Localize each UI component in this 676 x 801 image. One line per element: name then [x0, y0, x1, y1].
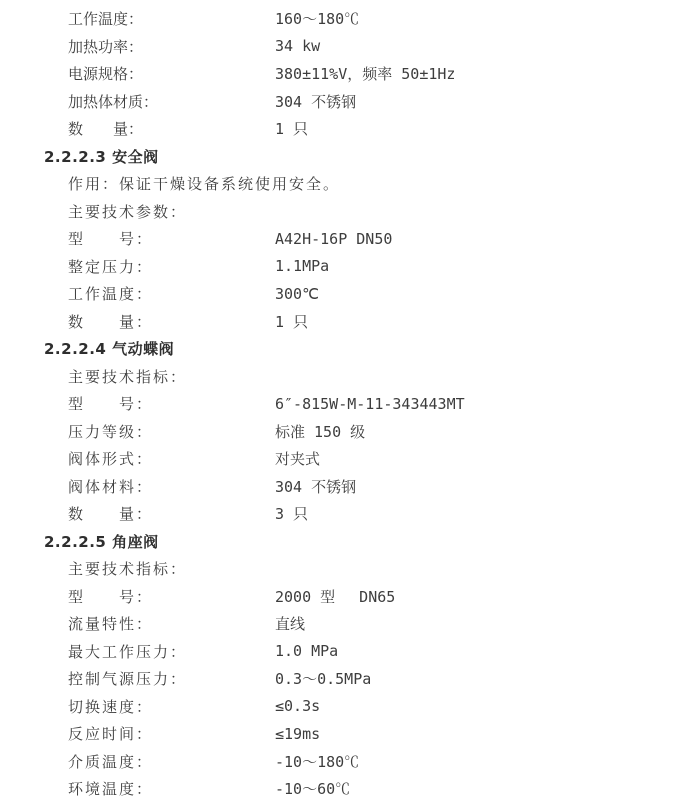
- spec-value: 1 只: [275, 118, 676, 139]
- spec-value: 2000 型 DN65: [275, 586, 676, 607]
- spec-label: 型 号：: [68, 393, 275, 414]
- spec-label: 流量特性：: [68, 613, 275, 634]
- spec-value: -10～60℃: [275, 778, 676, 799]
- spec-label: 环境温度：: [68, 778, 275, 799]
- spec-row: 型 号： A42H-16P DN50: [0, 225, 676, 253]
- spec-row: 切换速度： ≤0.3s: [0, 693, 676, 721]
- spec-label: 介质温度：: [68, 751, 275, 772]
- spec-label: 加热体材质：: [68, 91, 275, 112]
- spec-value: 1.1MPa: [275, 257, 676, 275]
- spec-row: 电源规格： 380±11%V，频率 50±1Hz: [0, 60, 676, 88]
- spec-label: 数 量：: [68, 503, 275, 524]
- spec-row: 阀体材料： 304 不锈钢: [0, 473, 676, 501]
- spec-value: 标准 150 级: [275, 421, 676, 442]
- spec-row: 压力等级： 标准 150 级: [0, 418, 676, 446]
- spec-label: 加热功率：: [68, 36, 275, 57]
- spec-label: 压力等级：: [68, 421, 275, 442]
- spec-label: 数 量：: [68, 118, 275, 139]
- spec-value: ≤0.3s: [275, 697, 676, 715]
- spec-row: 工作温度： 160～180℃: [0, 5, 676, 33]
- spec-label: 最大工作压力：: [68, 641, 275, 662]
- section-paragraph: 作用：保证干燥设备系统使用安全。: [68, 170, 676, 198]
- spec-value: 304 不锈钢: [275, 91, 676, 112]
- spec-row: 阀体形式： 对夹式: [0, 445, 676, 473]
- spec-row: 数 量： 3 只: [0, 500, 676, 528]
- spec-value: 160～180℃: [275, 8, 676, 29]
- spec-value: 300℃: [275, 285, 676, 303]
- spec-value: 直线: [275, 613, 676, 634]
- document-page: 工作温度： 160～180℃ 加热功率： 34 kw 电源规格： 380±11%…: [0, 0, 676, 801]
- spec-row: 介质温度： -10～180℃: [0, 748, 676, 776]
- spec-row: 型 号： 2000 型 DN65: [0, 583, 676, 611]
- spec-row: 工作温度： 300℃: [0, 280, 676, 308]
- spec-value: 34 kw: [275, 37, 676, 55]
- spec-row: 最大工作压力： 1.0 MPa: [0, 638, 676, 666]
- spec-row: 数 量： 1 只: [0, 308, 676, 336]
- spec-value: 6″-815W-M-11-343443MT: [275, 395, 676, 413]
- spec-value: 380±11%V，频率 50±1Hz: [275, 63, 676, 84]
- spec-value: 304 不锈钢: [275, 476, 676, 497]
- section-heading: 2.2.2.4 气动蝶阀: [44, 335, 676, 363]
- spec-value: 3 只: [275, 503, 676, 524]
- spec-row: 反应时间： ≤19ms: [0, 720, 676, 748]
- spec-value: A42H-16P DN50: [275, 230, 676, 248]
- spec-label: 型 号：: [68, 228, 275, 249]
- spec-row: 加热功率： 34 kw: [0, 33, 676, 61]
- spec-label: 数 量：: [68, 311, 275, 332]
- spec-value: 0.3～0.5MPa: [275, 668, 676, 689]
- spec-label: 阀体材料：: [68, 476, 275, 497]
- spec-label: 阀体形式：: [68, 448, 275, 469]
- section-heading: 2.2.2.5 角座阀: [44, 528, 676, 556]
- section-heading: 2.2.2.3 安全阀: [44, 143, 676, 171]
- spec-value: 1.0 MPa: [275, 642, 676, 660]
- spec-label: 整定压力：: [68, 256, 275, 277]
- spec-label: 反应时间：: [68, 723, 275, 744]
- spec-value: 1 只: [275, 311, 676, 332]
- section-paragraph: 主要技术参数：: [68, 198, 676, 226]
- spec-row: 控制气源压力： 0.3～0.5MPa: [0, 665, 676, 693]
- spec-value: ≤19ms: [275, 725, 676, 743]
- spec-row: 环境温度： -10～60℃: [0, 775, 676, 801]
- spec-row: 加热体材质： 304 不锈钢: [0, 88, 676, 116]
- spec-label: 工作温度：: [68, 283, 275, 304]
- spec-label: 切换速度：: [68, 696, 275, 717]
- spec-value: 对夹式: [275, 448, 676, 469]
- spec-label: 工作温度：: [68, 8, 275, 29]
- spec-row: 型 号： 6″-815W-M-11-343443MT: [0, 390, 676, 418]
- section-paragraph: 主要技术指标：: [68, 555, 676, 583]
- section-paragraph: 主要技术指标：: [68, 363, 676, 391]
- spec-label: 控制气源压力：: [68, 668, 275, 689]
- spec-row: 数 量： 1 只: [0, 115, 676, 143]
- spec-row: 整定压力： 1.1MPa: [0, 253, 676, 281]
- spec-value: -10～180℃: [275, 751, 676, 772]
- spec-label: 电源规格：: [68, 63, 275, 84]
- spec-row: 流量特性： 直线: [0, 610, 676, 638]
- spec-label: 型 号：: [68, 586, 275, 607]
